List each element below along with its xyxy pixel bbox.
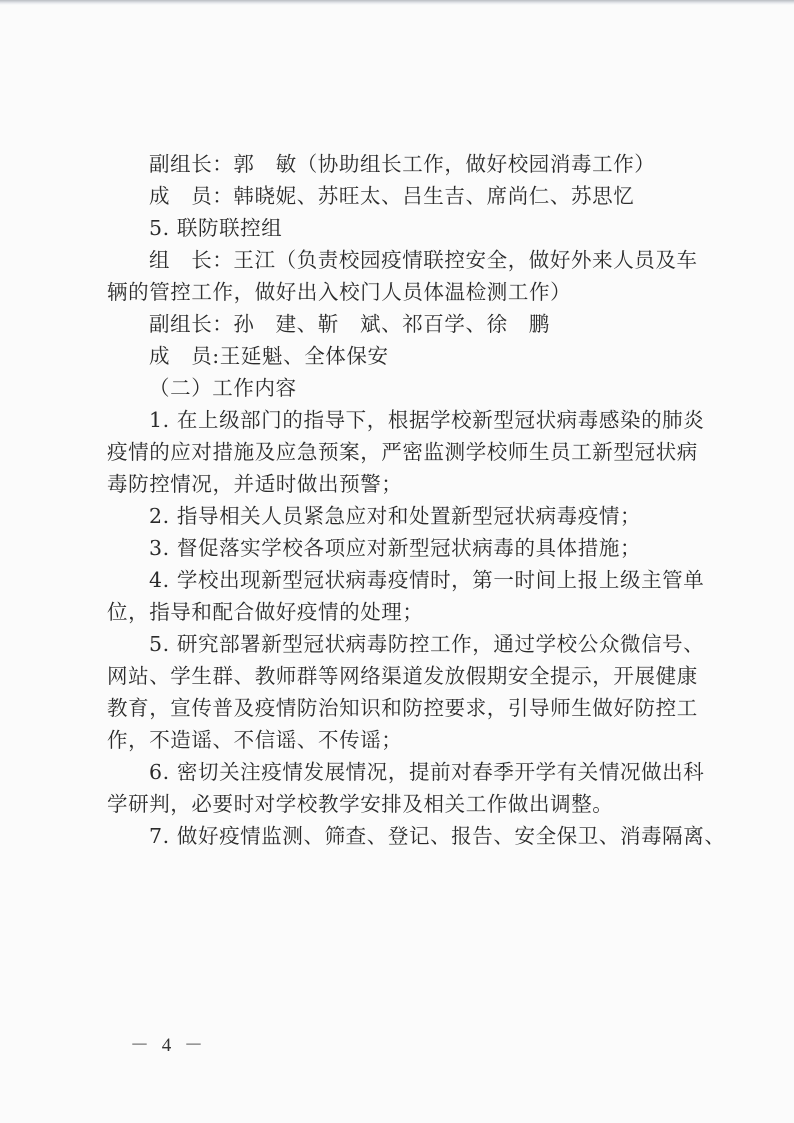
scan-top-edge <box>0 0 794 5</box>
list-item-7: 7. 做好疫情监测、筛查、登记、报告、安全保卫、消毒隔离、 <box>107 820 697 852</box>
document-body: 副组长：郭 敏（协助组长工作，做好校园消毒工作） 成 员：韩晓妮、苏旺太、吕生吉… <box>107 148 697 852</box>
list-item-3: 3. 督促落实学校各项应对新型冠状病毒的具体措施； <box>107 532 697 564</box>
list-item-1-cont: 毒防控情况，并适时做出预警； <box>107 468 697 500</box>
list-item-5-cont: 作，不造谣、不信谣、不传谣； <box>107 724 697 756</box>
vice-leader-line: 副组长：郭 敏（协助组长工作，做好校园消毒工作） <box>107 148 697 180</box>
list-item-6-cont: 学研判，必要时对学校教学安排及相关工作做出调整。 <box>107 788 697 820</box>
list-item-2: 2. 指导相关人员紧急应对和处置新型冠状病毒疫情； <box>107 500 697 532</box>
list-item-6: 6. 密切关注疫情发展情况，提前对春季开学有关情况做出科 <box>107 756 697 788</box>
list-item-1-cont: 疫情的应对措施及应急预案，严密监测学校师生员工新型冠状病 <box>107 436 697 468</box>
members-line: 成 员：韩晓妮、苏旺太、吕生吉、席尚仁、苏思忆 <box>107 180 697 212</box>
vice-leader-line: 副组长：孙 建、靳 斌、祁百学、徐 鹏 <box>107 308 697 340</box>
members-line: 成 员:王延魁、全体保安 <box>107 340 697 372</box>
section-heading-work-content: （二）工作内容 <box>107 372 697 404</box>
list-item-5-cont: 教育，宣传普及疫情防治知识和防控要求，引导师生做好防控工 <box>107 692 697 724</box>
page-number: － 4 － <box>130 1030 207 1057</box>
list-item-1: 1. 在上级部门的指导下，根据学校新型冠状病毒感染的肺炎 <box>107 404 697 436</box>
list-item-5-cont: 网站、学生群、教师群等网络渠道发放假期安全提示，开展健康 <box>107 660 697 692</box>
list-item-4: 4. 学校出现新型冠状病毒疫情时，第一时间上报上级主管单 <box>107 564 697 596</box>
list-item-5: 5. 研究部署新型冠状病毒防控工作，通过学校公众微信号、 <box>107 628 697 660</box>
section-heading-joint-control: 5. 联防联控组 <box>107 212 697 244</box>
list-item-4-cont: 位，指导和配合做好疫情的处理； <box>107 596 697 628</box>
leader-line-cont: 辆的管控工作，做好出入校门人员体温检测工作） <box>107 276 697 308</box>
leader-line: 组 长：王江（负责校园疫情联控安全，做好外来人员及车 <box>107 244 697 276</box>
